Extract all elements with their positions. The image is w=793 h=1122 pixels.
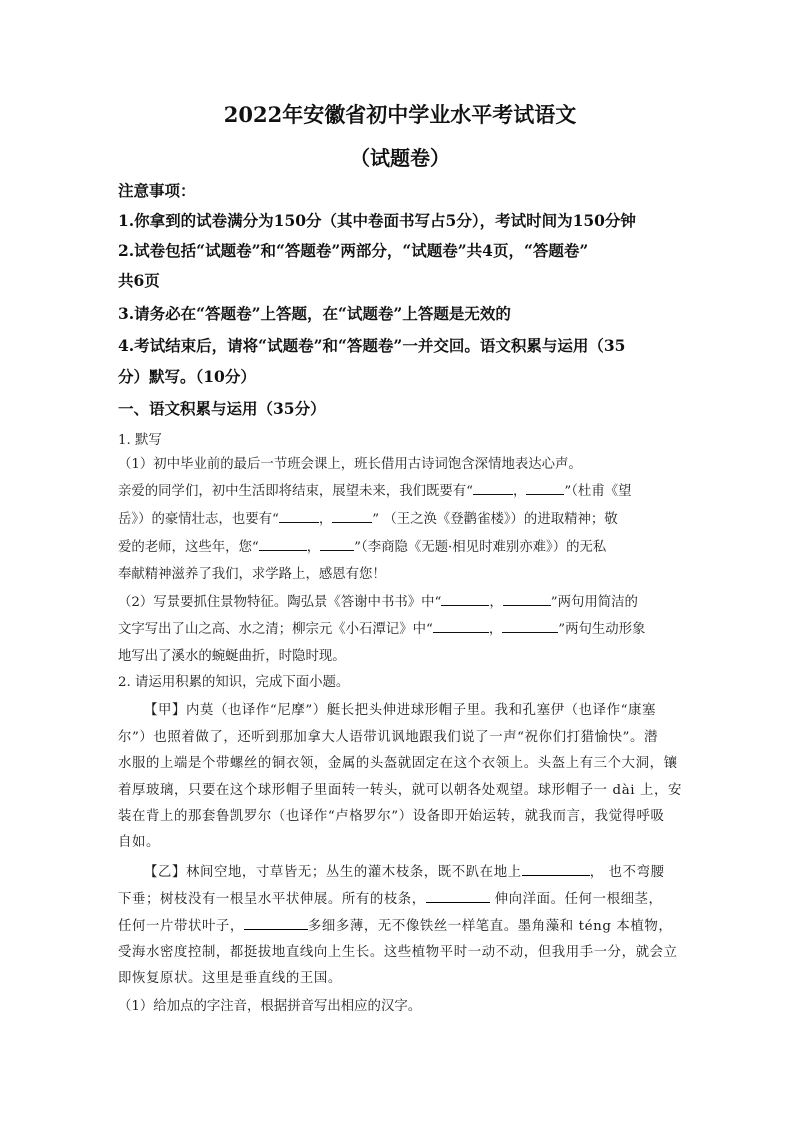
passage-jia-line: 装在背上的那套鲁凯罗尔（也译作“卢格罗尔”）设备即开始运转，就我而言，我觉得呼吸 <box>118 806 665 828</box>
note-item-3: 3.请务必在“答题卷”上答题，在“试题卷”上答题是无效的 <box>118 303 511 325</box>
page-subtitle: （试题卷） <box>118 144 682 172</box>
note-item-4: 4.考试结束后，请将“试题卷”和“答题卷”一并交回。语文积累与运用（35 <box>118 335 625 357</box>
answer-blank[interactable] <box>279 510 319 523</box>
section-heading: 一、语文积累与运用（35分） <box>118 398 326 420</box>
answer-blank[interactable] <box>526 482 564 495</box>
passage-jia-line: 【甲】内莫（也译作“尼摩”）艇长把头伸进球形帽子里。我和孔塞伊（也译作“康塞 <box>118 700 656 722</box>
page-title: 2022年安徽省初中学业水平考试语文 <box>118 100 682 130</box>
question-2-label: 2. 请运用积累的知识，完成下面小题。 <box>118 672 349 694</box>
passage-jia-line: 着厚玻璃，只要在这个球形帽子里面转一转头，就可以朝各处观望。球形帽子一 dài … <box>118 780 682 802</box>
answer-blank[interactable] <box>320 538 354 551</box>
passage-yi-line: 下垂；树枝没有一根呈水平状伸展。所有的枝条， 伸向洋面。任何一根细茎， <box>118 889 663 911</box>
passage-yi-line: 【乙】林间空地，寸草皆无；丛生的灌木枝条，既不趴在地上， 也不弯腰 <box>118 862 665 884</box>
question-2-sub1: （1）给加点的字注音，根据拼音写出相应的汉字。 <box>118 996 421 1018</box>
answer-blank[interactable] <box>433 620 489 633</box>
passage-jia-line: 自如。 <box>118 832 160 854</box>
question-1-line: 爱的老师，这些年，您“，”（李商隐《无题·相见时难别亦难》）的无私 <box>118 537 606 559</box>
answer-blank[interactable] <box>426 890 490 903</box>
answer-blank[interactable] <box>502 620 558 633</box>
answer-blank[interactable] <box>259 538 307 551</box>
answer-blank[interactable] <box>522 863 590 876</box>
note-item-2: 2.试卷包括“试题卷”和“答题卷”两部分，“试题卷”共4页，“答题卷” <box>118 240 588 262</box>
question-1-label: 1. 默写 <box>118 430 162 452</box>
note-item-2-cont: 共6页 <box>118 270 160 292</box>
answer-blank[interactable] <box>332 510 372 523</box>
answer-blank[interactable] <box>503 593 551 606</box>
answer-blank[interactable] <box>441 593 489 606</box>
question-1-part2-line: 地写出了溪水的蜿蜒曲折，时隐时现。 <box>118 646 346 668</box>
passage-yi-line: 即恢复原状。这里是垂直线的王国。 <box>118 968 342 990</box>
note-item-4-cont: 分）默写。（10分） <box>118 366 256 388</box>
passage-yi-line: 受海水密度控制，都挺拔地直线向上生长。这些植物平时一动不动，但我用手一分，就会立 <box>118 942 678 964</box>
question-1-line: 亲爱的同学们，初中生活即将结束，展望未来，我们既要有“，”（杜甫《望 <box>118 481 632 503</box>
question-1-line: 岳》）的豪情壮志，也要有“，” （王之涣《登鹳雀楼》）的进取精神；敬 <box>118 509 618 531</box>
question-1-part2-line: （2）写景要抓住景物特征。陶弘景《答谢中书书》中“，”两句用简洁的 <box>118 592 638 614</box>
question-1-line: 奉献精神滋养了我们，求学路上，感恩有您！ <box>118 564 386 586</box>
question-1-part2-line: 文字写出了山之高、水之清；柳宗元《小石潭记》中“，”两句生动形象 <box>118 619 645 641</box>
notes-heading: 注意事项： <box>118 180 196 202</box>
answer-blank[interactable] <box>244 917 308 930</box>
answer-blank[interactable] <box>473 482 513 495</box>
passage-jia-line: 水服的上端是个带螺丝的铜衣领，金属的头盔就固定在这个衣领上。头盔上有三个大洞，镶 <box>118 753 678 775</box>
passage-yi-line: 任何一片带状叶子，多细多薄，无不像铁丝一样笔直。墨角藻和 téng 本植物， <box>118 916 672 938</box>
note-item-1: 1.你拿到的试卷满分为150分（其中卷面书写占5分），考试时间为150分钟 <box>118 210 636 232</box>
passage-jia-line: 尔”）也照着做了，还听到那加拿大人语带讥讽地跟我们说了一声“祝你们打猎愉快”。潜 <box>118 727 658 749</box>
question-1-part1-intro: （1）初中毕业前的最后一节班会课上，班长借用古诗词饱含深情地表达心声。 <box>118 454 582 476</box>
